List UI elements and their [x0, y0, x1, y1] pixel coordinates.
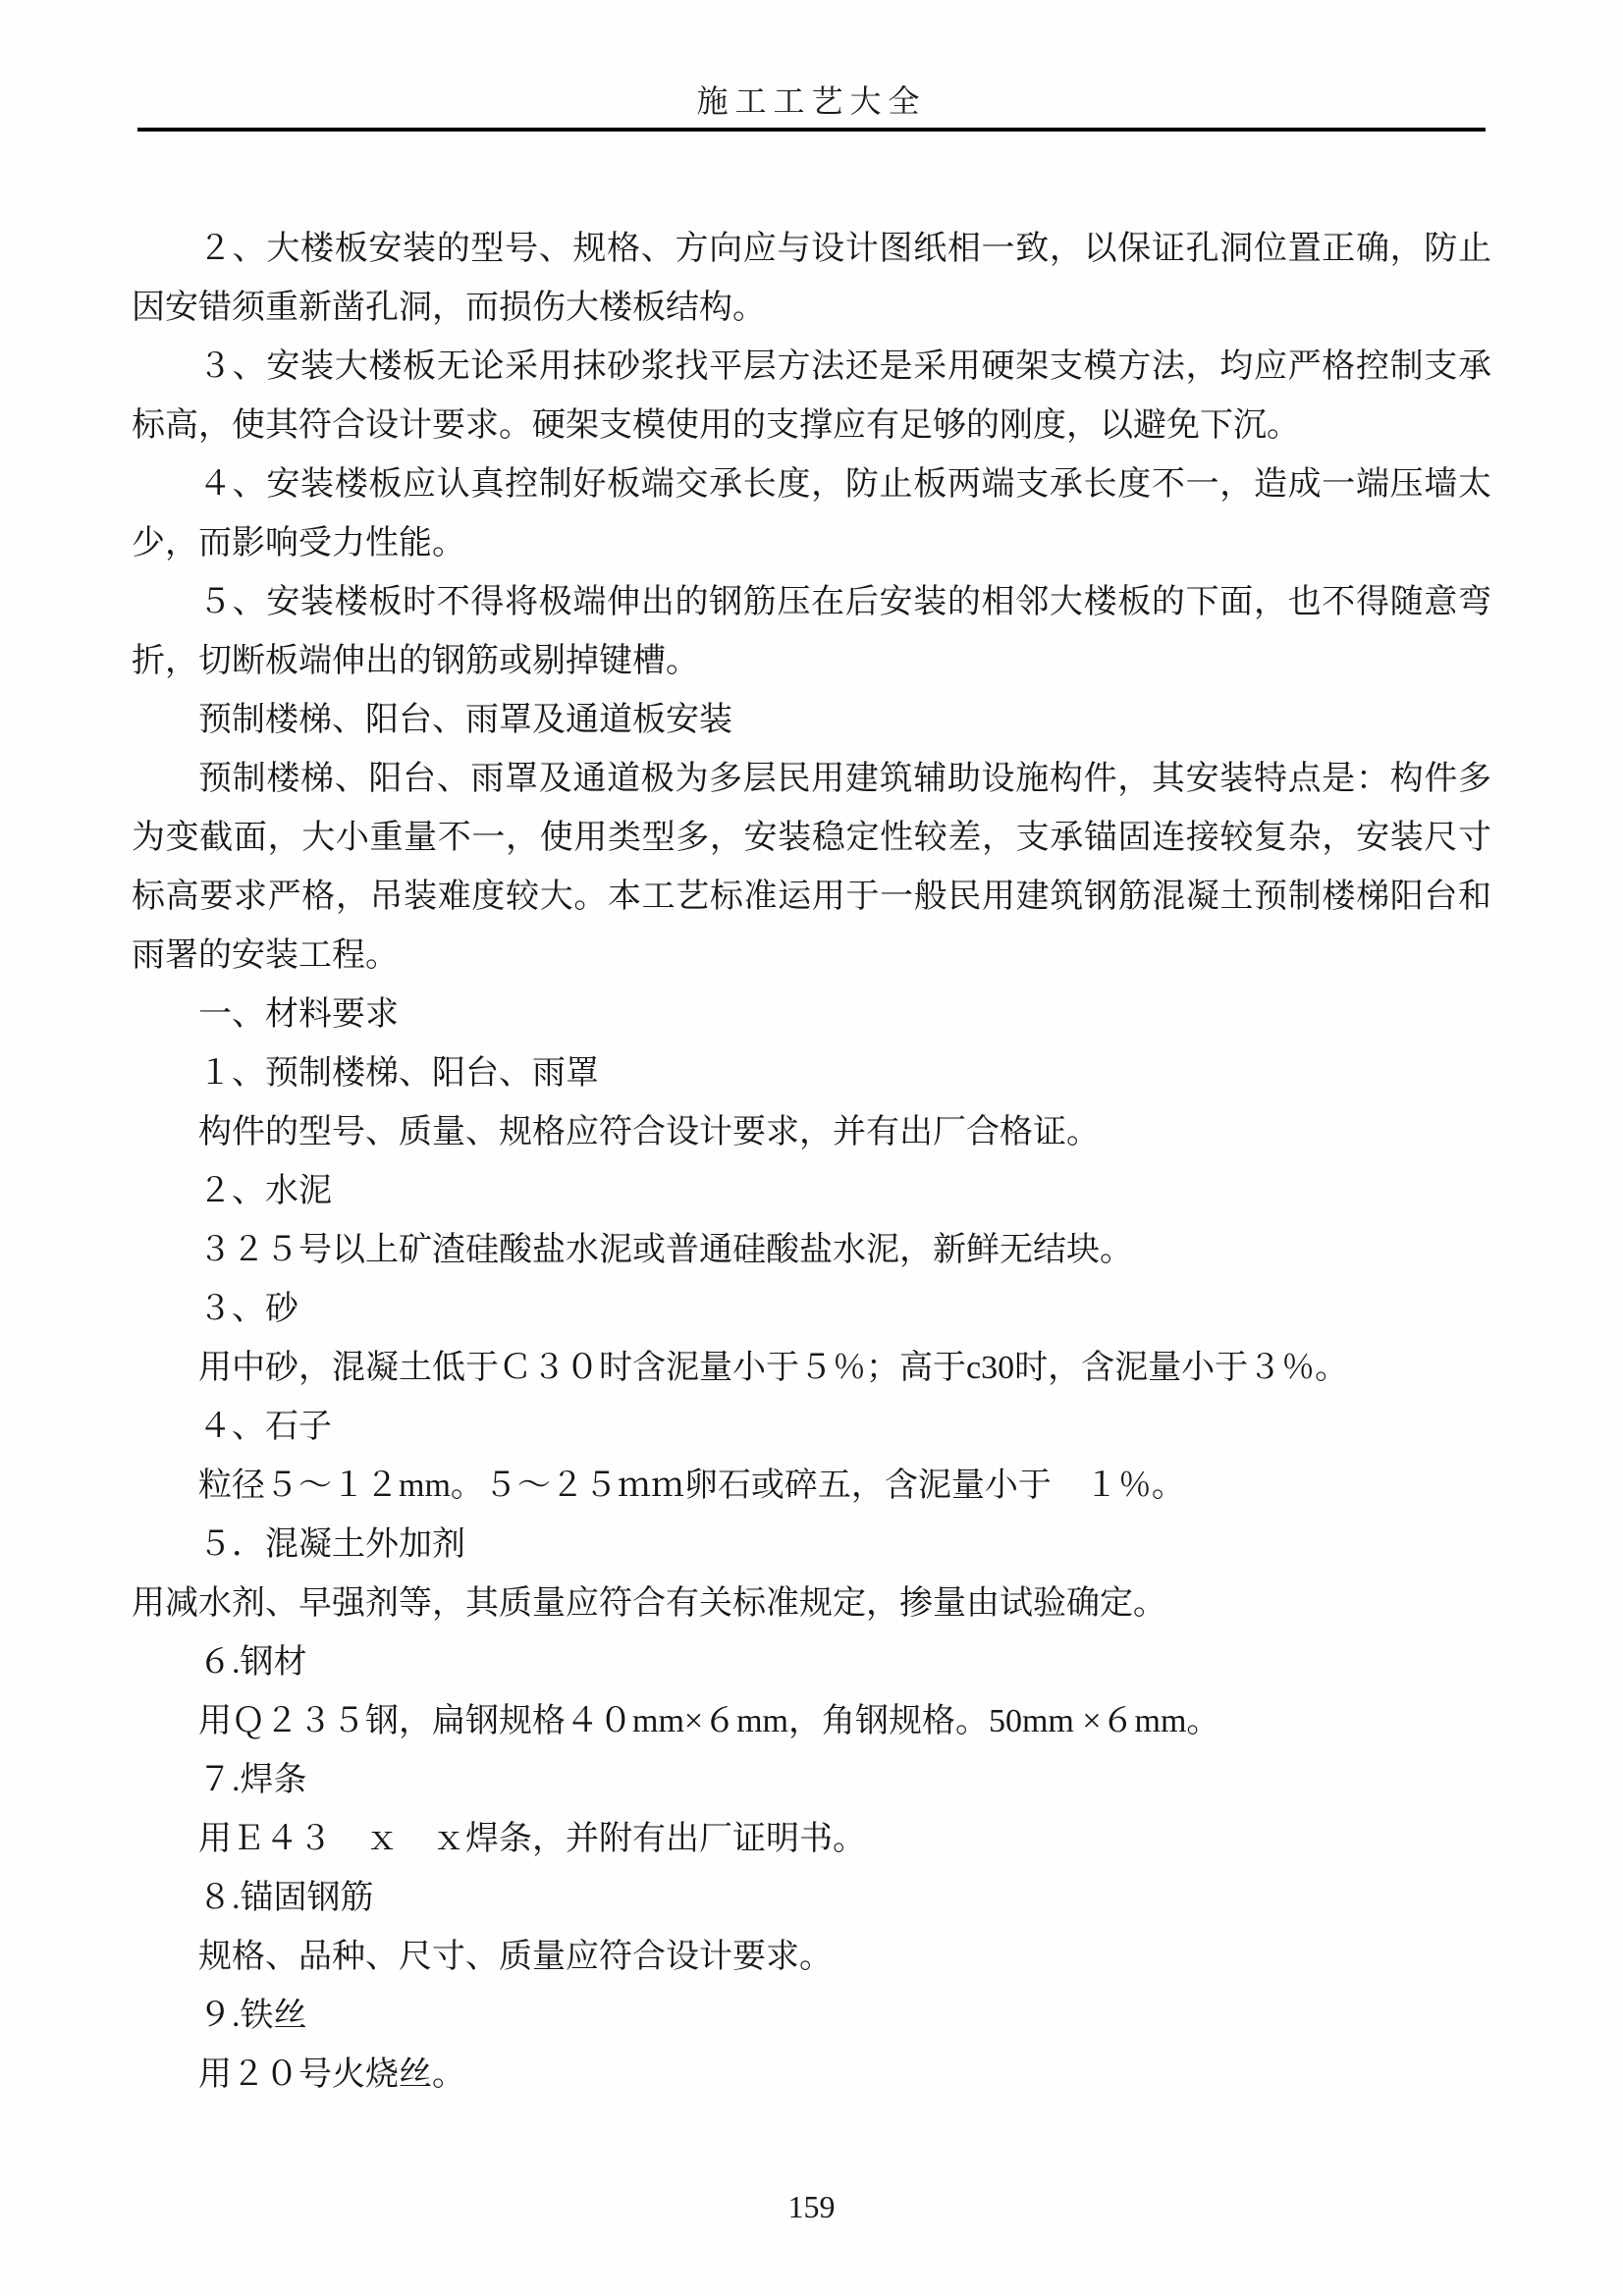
list-item: ６.钢材: [132, 1633, 1491, 1692]
header-title: 施工工艺大全: [0, 82, 1623, 120]
paragraph: 预制楼梯、阳台、雨罩及通道极为多层民用建筑辅助设施构件，其安装特点是：构件多为变…: [132, 750, 1491, 986]
document-page: 施工工艺大全 ２、大楼板安装的型号、规格、方向应与设计图纸相一致，以保证孔洞位置…: [0, 0, 1623, 2296]
paragraph: 用减水剂、早强剂等，其质量应符合有关标准规定，掺量由试验确定。: [132, 1575, 1491, 1633]
section-heading: 一、材料要求: [132, 986, 1491, 1044]
page-footer: 159: [0, 2189, 1623, 2225]
document-body: ２、大楼板安装的型号、规格、方向应与设计图纸相一致，以保证孔洞位置正确，防止因安…: [0, 132, 1623, 2105]
list-item: １、预制楼梯、阳台、雨罩: [132, 1044, 1491, 1103]
paragraph: 用中砂，混凝土低于Ｃ３０时含泥量小于５％；高于c30时，含泥量小于３％。: [132, 1339, 1491, 1398]
paragraph: 规格、品种、尺寸、质量应符合设计要求。: [132, 1928, 1491, 1987]
list-item: ５．混凝土外加剂: [132, 1516, 1491, 1575]
list-item: ４、石子: [132, 1398, 1491, 1457]
section-heading: 预制楼梯、阳台、雨罩及通道板安装: [132, 691, 1491, 750]
page-header: 施工工艺大全: [0, 0, 1623, 132]
paragraph: 构件的型号、质量、规格应符合设计要求，并有出厂合格证。: [132, 1103, 1491, 1162]
paragraph: 粒径５～１２mm。５～２５ｍｍ卵石或碎五，含泥量小于 １％。: [132, 1457, 1491, 1516]
list-item: ７.焊条: [132, 1751, 1491, 1810]
paragraph: ３、安装大楼板无论采用抹砂浆找平层方法还是采用硬架支模方法，均应严格控制支承标高…: [132, 338, 1491, 455]
list-item: ８.锚固钢筋: [132, 1869, 1491, 1928]
paragraph: 用Ｑ２３５钢，扁钢规格４０mm×６mm，角钢规格。50mm ×６mm。: [132, 1692, 1491, 1751]
paragraph: ３２５号以上矿渣硅酸盐水泥或普通硅酸盐水泥，新鲜无结块。: [132, 1221, 1491, 1280]
paragraph: 用２０号火烧丝。: [132, 2046, 1491, 2105]
list-item: ２、水泥: [132, 1162, 1491, 1221]
paragraph: ２、大楼板安装的型号、规格、方向应与设计图纸相一致，以保证孔洞位置正确，防止因安…: [132, 220, 1491, 338]
paragraph: 用Ｅ４３ ｘ ｘ焊条，并附有出厂证明书。: [132, 1810, 1491, 1869]
paragraph: ５、安装楼板时不得将极端伸出的钢筋压在后安装的相邻大楼板的下面，也不得随意弯折，…: [132, 573, 1491, 691]
list-item: ３、砂: [132, 1280, 1491, 1339]
paragraph: ４、安装楼板应认真控制好板端交承长度，防止板两端支承长度不一，造成一端压墙太少，…: [132, 455, 1491, 573]
page-number: 159: [788, 2189, 836, 2224]
list-item: ９.铁丝: [132, 1987, 1491, 2046]
